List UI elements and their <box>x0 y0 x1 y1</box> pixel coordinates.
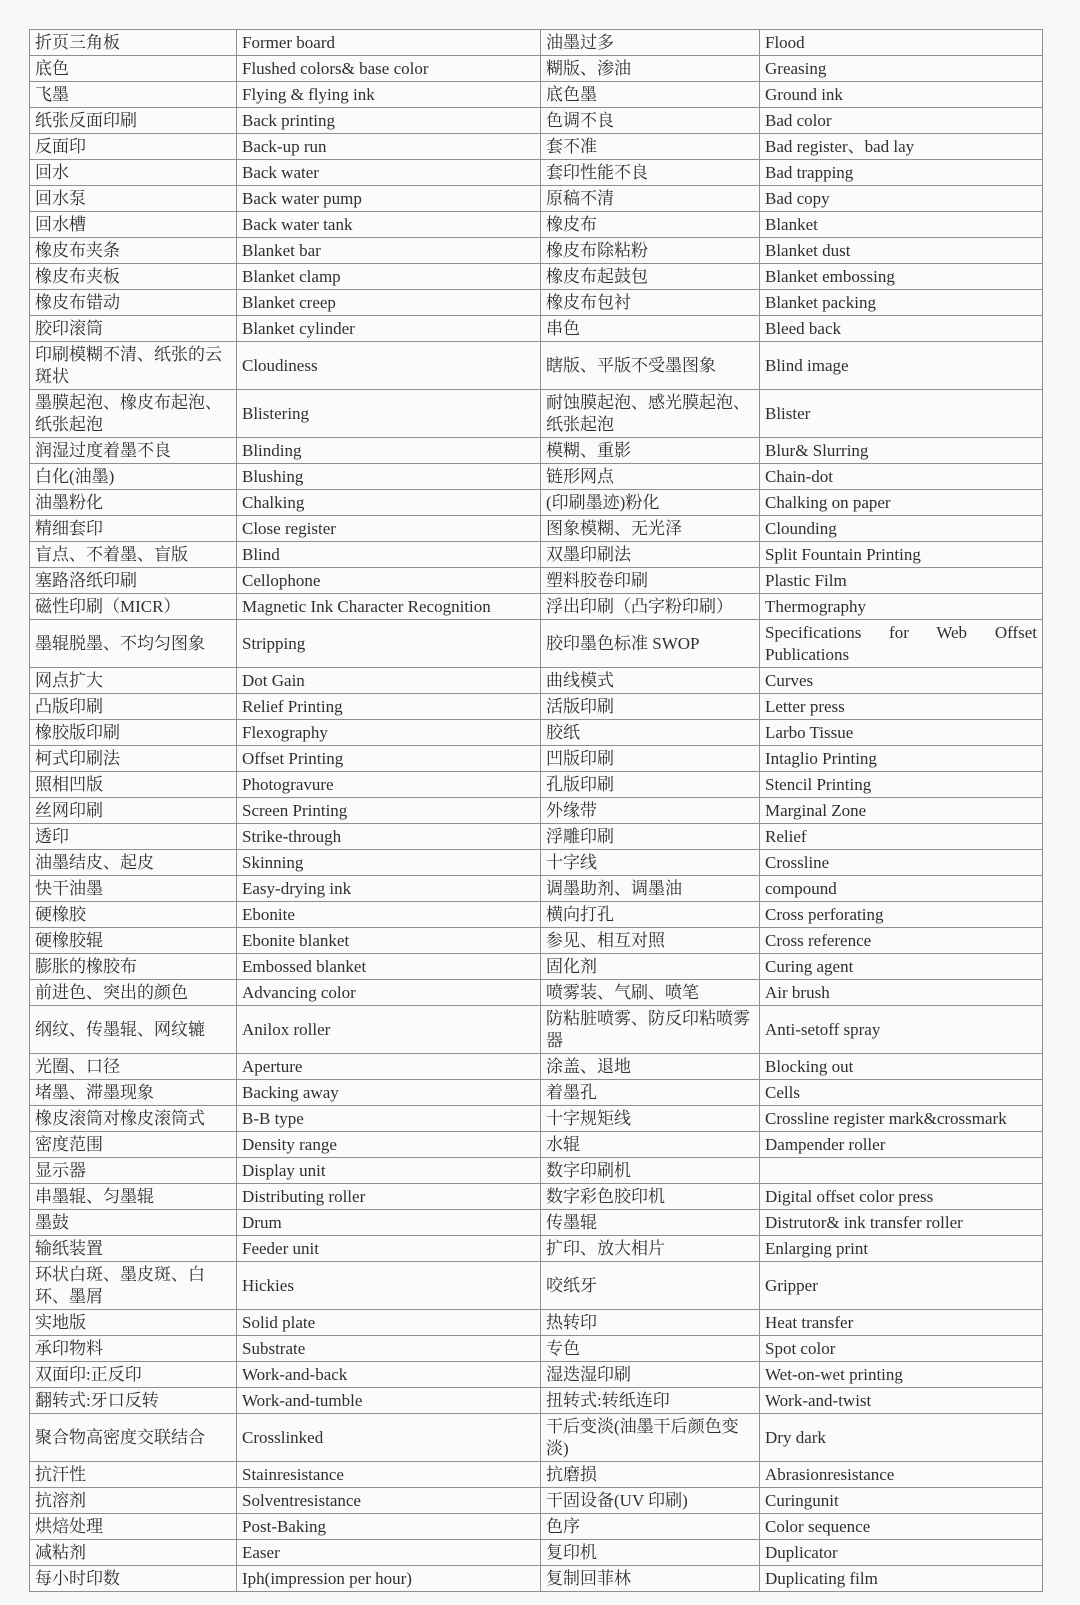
table-row: 环状白斑、墨皮斑、白环、墨屑Hickies咬纸牙Gripper <box>30 1262 1043 1310</box>
chinese-term-cell: 显示器 <box>30 1158 237 1184</box>
chinese-term-cell: 干固设备(UV 印刷) <box>541 1488 760 1514</box>
table-row: 输纸装置Feeder unit扩印、放大相片Enlarging print <box>30 1236 1043 1262</box>
chinese-term-cell: 网点扩大 <box>30 668 237 694</box>
glossary-table-body: 折页三角板Former board油墨过多Flood底色Flushed colo… <box>30 30 1043 1592</box>
english-term-cell: Duplicating film <box>760 1566 1043 1592</box>
table-row: 丝网印刷Screen Printing外缘带Marginal Zone <box>30 798 1043 824</box>
english-term-cell: Crosslinked <box>237 1414 541 1462</box>
english-term-cell: Work-and-back <box>237 1362 541 1388</box>
chinese-term-cell: 色序 <box>541 1514 760 1540</box>
chinese-term-cell: 润湿过度着墨不良 <box>30 438 237 464</box>
table-row: 透印Strike-through浮雕印刷Relief <box>30 824 1043 850</box>
table-row: 墨辊脱墨、不均匀图象Stripping胶印墨色标准 SWOPSpecificat… <box>30 620 1043 668</box>
english-term-cell: Intaglio Printing <box>760 746 1043 772</box>
chinese-term-cell: 橡皮滚筒对橡皮滚筒式 <box>30 1106 237 1132</box>
english-term-cell: Cloudiness <box>237 342 541 390</box>
table-row: 承印物料Substrate专色Spot color <box>30 1336 1043 1362</box>
english-term-cell: Bad trapping <box>760 160 1043 186</box>
table-row: 照相凹版Photogravure孔版印刷Stencil Printing <box>30 772 1043 798</box>
chinese-term-cell: 胶纸 <box>541 720 760 746</box>
chinese-term-cell: 防粘脏喷雾、防反印粘喷雾器 <box>541 1006 760 1054</box>
table-row: 胶印滚筒Blanket cylinder串色Bleed back <box>30 316 1043 342</box>
english-term-cell: Larbo Tissue <box>760 720 1043 746</box>
english-term-cell: Bad color <box>760 108 1043 134</box>
chinese-term-cell: 十字线 <box>541 850 760 876</box>
english-term-cell: Marginal Zone <box>760 798 1043 824</box>
english-term-cell: Bleed back <box>760 316 1043 342</box>
chinese-term-cell: 回水 <box>30 160 237 186</box>
english-term-cell: Back water pump <box>237 186 541 212</box>
chinese-term-cell: 抗磨损 <box>541 1462 760 1488</box>
english-term-cell: Cellophone <box>237 568 541 594</box>
chinese-term-cell: 复制回菲林 <box>541 1566 760 1592</box>
chinese-term-cell: 图象模糊、无光泽 <box>541 516 760 542</box>
chinese-term-cell: 咬纸牙 <box>541 1262 760 1310</box>
english-term-cell <box>760 1158 1043 1184</box>
english-term-cell: Back printing <box>237 108 541 134</box>
chinese-term-cell: 套印性能不良 <box>541 160 760 186</box>
english-term-cell: Blanket embossing <box>760 264 1043 290</box>
english-term-cell: Chalking <box>237 490 541 516</box>
chinese-term-cell: 墨鼓 <box>30 1210 237 1236</box>
chinese-term-cell: 硬橡胶辊 <box>30 928 237 954</box>
english-term-cell: Ebonite <box>237 902 541 928</box>
english-term-cell: Strike-through <box>237 824 541 850</box>
chinese-term-cell: 橡皮布包衬 <box>541 290 760 316</box>
chinese-term-cell: 印刷模糊不清、纸张的云斑状 <box>30 342 237 390</box>
table-row: 减粘剂Easer复印机Duplicator <box>30 1540 1043 1566</box>
table-row: 双面印:正反印Work-and-back湿迭湿印刷Wet-on-wet prin… <box>30 1362 1043 1388</box>
chinese-term-cell: 丝网印刷 <box>30 798 237 824</box>
chinese-term-cell: 涂盖、退地 <box>541 1054 760 1080</box>
table-row: 抗汗性Stainresistance抗磨损Abrasionresistance <box>30 1462 1043 1488</box>
english-term-cell: Skinning <box>237 850 541 876</box>
english-term-cell: Back-up run <box>237 134 541 160</box>
english-term-cell: Drum <box>237 1210 541 1236</box>
english-term-cell: Dry dark <box>760 1414 1043 1462</box>
chinese-term-cell: 纸张反面印刷 <box>30 108 237 134</box>
english-term-cell: Screen Printing <box>237 798 541 824</box>
chinese-term-cell: 曲线模式 <box>541 668 760 694</box>
english-term-cell: Advancing color <box>237 980 541 1006</box>
english-term-cell: Chain-dot <box>760 464 1043 490</box>
chinese-term-cell: 胶印墨色标准 SWOP <box>541 620 760 668</box>
chinese-term-cell: 喷雾装、气刷、喷笔 <box>541 980 760 1006</box>
english-term-cell: Easer <box>237 1540 541 1566</box>
table-row: 磁性印刷（MICR）Magnetic Ink Character Recogni… <box>30 594 1043 620</box>
chinese-term-cell: 聚合物高密度交联结合 <box>30 1414 237 1462</box>
table-row: 密度范围Density range水辊Dampender roller <box>30 1132 1043 1158</box>
chinese-term-cell: 环状白斑、墨皮斑、白环、墨屑 <box>30 1262 237 1310</box>
english-term-cell: Clounding <box>760 516 1043 542</box>
chinese-term-cell: 套不准 <box>541 134 760 160</box>
chinese-term-cell: (印刷墨迹)粉化 <box>541 490 760 516</box>
english-term-cell: Color sequence <box>760 1514 1043 1540</box>
english-term-cell: Flood <box>760 30 1043 56</box>
chinese-term-cell: 纲纹、传墨辊、网纹辘 <box>30 1006 237 1054</box>
english-term-cell: Thermography <box>760 594 1043 620</box>
table-row: 抗溶剂Solventresistance干固设备(UV 印刷)Curinguni… <box>30 1488 1043 1514</box>
english-term-cell: Abrasionresistance <box>760 1462 1043 1488</box>
english-term-cell: Distrutor& ink transfer roller <box>760 1210 1043 1236</box>
chinese-term-cell: 翻转式:牙口反转 <box>30 1388 237 1414</box>
english-term-cell: Blanket clamp <box>237 264 541 290</box>
chinese-term-cell: 扭转式:转纸连印 <box>541 1388 760 1414</box>
chinese-term-cell: 双墨印刷法 <box>541 542 760 568</box>
chinese-term-cell: 墨膜起泡、橡皮布起泡、纸张起泡 <box>30 390 237 438</box>
chinese-term-cell: 凹版印刷 <box>541 746 760 772</box>
english-term-cell: Hickies <box>237 1262 541 1310</box>
english-term-cell: Blister <box>760 390 1043 438</box>
english-term-cell: Relief Printing <box>237 694 541 720</box>
chinese-term-cell: 塑料胶卷印刷 <box>541 568 760 594</box>
english-term-cell: Greasing <box>760 56 1043 82</box>
chinese-term-cell: 烘焙处理 <box>30 1514 237 1540</box>
chinese-term-cell: 橡皮布 <box>541 212 760 238</box>
chinese-term-cell: 光圈、口径 <box>30 1054 237 1080</box>
english-term-cell: Bad register、bad lay <box>760 134 1043 160</box>
english-term-cell: Curves <box>760 668 1043 694</box>
table-row: 印刷模糊不清、纸张的云斑状Cloudiness瞎版、平版不受墨图象Blind i… <box>30 342 1043 390</box>
english-term-cell: Spot color <box>760 1336 1043 1362</box>
chinese-term-cell: 底色墨 <box>541 82 760 108</box>
english-term-cell: Flying & flying ink <box>237 82 541 108</box>
english-term-cell: Stencil Printing <box>760 772 1043 798</box>
table-row: 翻转式:牙口反转Work-and-tumble扭转式:转纸连印Work-and-… <box>30 1388 1043 1414</box>
chinese-term-cell: 模糊、重影 <box>541 438 760 464</box>
english-term-cell: Blushing <box>237 464 541 490</box>
english-term-cell: Blind <box>237 542 541 568</box>
english-term-cell: Blanket packing <box>760 290 1043 316</box>
chinese-term-cell: 减粘剂 <box>30 1540 237 1566</box>
english-term-cell: Back water tank <box>237 212 541 238</box>
table-row: 膨胀的橡胶布Embossed blanket固化剂Curing agent <box>30 954 1043 980</box>
english-term-cell: Display unit <box>237 1158 541 1184</box>
chinese-term-cell: 密度范围 <box>30 1132 237 1158</box>
english-term-cell: Photogravure <box>237 772 541 798</box>
english-term-cell: Easy-drying ink <box>237 876 541 902</box>
table-row: 盲点、不着墨、盲版Blind双墨印刷法Split Fountain Printi… <box>30 542 1043 568</box>
english-term-cell: Curingunit <box>760 1488 1043 1514</box>
chinese-term-cell: 橡皮布错动 <box>30 290 237 316</box>
table-row: 每小时印数Iph(impression per hour)复制回菲林Duplic… <box>30 1566 1043 1592</box>
chinese-term-cell: 硬橡胶 <box>30 902 237 928</box>
english-term-cell: Substrate <box>237 1336 541 1362</box>
table-row: 墨鼓Drum传墨辊Distrutor& ink transfer roller <box>30 1210 1043 1236</box>
chinese-term-cell: 油墨粉化 <box>30 490 237 516</box>
table-row: 纸张反面印刷Back printing色调不良Bad color <box>30 108 1043 134</box>
english-term-cell: Stripping <box>237 620 541 668</box>
table-row: 塞路洛纸印刷Cellophone塑料胶卷印刷Plastic Film <box>30 568 1043 594</box>
table-row: 墨膜起泡、橡皮布起泡、纸张起泡Blistering耐蚀膜起泡、感光膜起泡、纸张起… <box>30 390 1043 438</box>
chinese-term-cell: 着墨孔 <box>541 1080 760 1106</box>
chinese-term-cell: 十字规矩线 <box>541 1106 760 1132</box>
chinese-term-cell: 色调不良 <box>541 108 760 134</box>
table-row: 显示器Display unit数字印刷机 <box>30 1158 1043 1184</box>
table-row: 聚合物高密度交联结合Crosslinked干后变淡(油墨干后颜色变淡)Dry d… <box>30 1414 1043 1462</box>
chinese-term-cell: 抗汗性 <box>30 1462 237 1488</box>
table-row: 光圈、口径Aperture涂盖、退地Blocking out <box>30 1054 1043 1080</box>
chinese-term-cell: 承印物料 <box>30 1336 237 1362</box>
english-term-cell: Flushed colors& base color <box>237 56 541 82</box>
table-row: 烘焙处理Post-Baking色序Color sequence <box>30 1514 1043 1540</box>
chinese-term-cell: 油墨过多 <box>541 30 760 56</box>
glossary-table: 折页三角板Former board油墨过多Flood底色Flushed colo… <box>29 29 1043 1592</box>
english-term-cell: Chalking on paper <box>760 490 1043 516</box>
chinese-term-cell: 透印 <box>30 824 237 850</box>
chinese-term-cell: 每小时印数 <box>30 1566 237 1592</box>
english-term-cell: Cross reference <box>760 928 1043 954</box>
english-term-cell: Letter press <box>760 694 1043 720</box>
table-row: 橡皮布夹条Blanket bar橡皮布除粘粉Blanket dust <box>30 238 1043 264</box>
chinese-term-cell: 橡皮布夹板 <box>30 264 237 290</box>
english-term-cell: Anilox roller <box>237 1006 541 1054</box>
chinese-term-cell: 瞎版、平版不受墨图象 <box>541 342 760 390</box>
english-term-cell: Distributing roller <box>237 1184 541 1210</box>
english-term-cell: Plastic Film <box>760 568 1043 594</box>
chinese-term-cell: 浮出印刷（凸字粉印刷） <box>541 594 760 620</box>
chinese-term-cell: 数字彩色胶印机 <box>541 1184 760 1210</box>
chinese-term-cell: 盲点、不着墨、盲版 <box>30 542 237 568</box>
table-row: 硬橡胶辊Ebonite blanket参见、相互对照Cross referenc… <box>30 928 1043 954</box>
table-row: 纲纹、传墨辊、网纹辘Anilox roller防粘脏喷雾、防反印粘喷雾器Anti… <box>30 1006 1043 1054</box>
english-term-cell: Magnetic Ink Character Recognition <box>237 594 541 620</box>
chinese-term-cell: 磁性印刷（MICR） <box>30 594 237 620</box>
chinese-term-cell: 外缘带 <box>541 798 760 824</box>
english-term-cell: Gripper <box>760 1262 1043 1310</box>
chinese-term-cell: 横向打孔 <box>541 902 760 928</box>
english-term-cell: Back water <box>237 160 541 186</box>
chinese-term-cell: 橡胶版印刷 <box>30 720 237 746</box>
chinese-term-cell: 飞墨 <box>30 82 237 108</box>
english-term-cell: compound <box>760 876 1043 902</box>
chinese-term-cell: 精细套印 <box>30 516 237 542</box>
chinese-term-cell: 浮雕印刷 <box>541 824 760 850</box>
table-row: 底色Flushed colors& base color糊版、渗油Greasin… <box>30 56 1043 82</box>
english-term-cell: B-B type <box>237 1106 541 1132</box>
english-term-cell: Work-and-twist <box>760 1388 1043 1414</box>
table-row: 回水泵Back water pump原稿不清Bad copy <box>30 186 1043 212</box>
table-row: 回水槽Back water tank橡皮布Blanket <box>30 212 1043 238</box>
english-term-cell: Aperture <box>237 1054 541 1080</box>
chinese-term-cell: 抗溶剂 <box>30 1488 237 1514</box>
english-term-cell: Close register <box>237 516 541 542</box>
english-term-cell: Blanket <box>760 212 1043 238</box>
english-term-cell: Blistering <box>237 390 541 438</box>
table-row: 橡皮布夹板Blanket clamp橡皮布起鼓包Blanket embossin… <box>30 264 1043 290</box>
table-row: 快干油墨Easy-drying ink调墨助剂、调墨油compound <box>30 876 1043 902</box>
english-term-cell: Wet-on-wet printing <box>760 1362 1043 1388</box>
english-term-cell: Post-Baking <box>237 1514 541 1540</box>
chinese-term-cell: 热转印 <box>541 1310 760 1336</box>
english-term-cell: Stainresistance <box>237 1462 541 1488</box>
table-row: 实地版Solid plate热转印Heat transfer <box>30 1310 1043 1336</box>
english-term-cell: Solventresistance <box>237 1488 541 1514</box>
chinese-term-cell: 胶印滚筒 <box>30 316 237 342</box>
chinese-term-cell: 调墨助剂、调墨油 <box>541 876 760 902</box>
english-term-cell: Air brush <box>760 980 1043 1006</box>
english-term-cell: Digital offset color press <box>760 1184 1043 1210</box>
english-term-cell: Anti-setoff spray <box>760 1006 1043 1054</box>
table-row: 橡皮滚筒对橡皮滚筒式B-B type十字规矩线Crossline registe… <box>30 1106 1043 1132</box>
table-row: 橡胶版印刷Flexography胶纸Larbo Tissue <box>30 720 1043 746</box>
chinese-term-cell: 凸版印刷 <box>30 694 237 720</box>
english-term-cell: Dampender roller <box>760 1132 1043 1158</box>
chinese-term-cell: 底色 <box>30 56 237 82</box>
table-row: 回水Back water套印性能不良Bad trapping <box>30 160 1043 186</box>
english-term-cell: Embossed blanket <box>237 954 541 980</box>
chinese-term-cell: 水辊 <box>541 1132 760 1158</box>
english-term-cell: Solid plate <box>237 1310 541 1336</box>
chinese-term-cell: 橡皮布除粘粉 <box>541 238 760 264</box>
english-term-cell: Offset Printing <box>237 746 541 772</box>
chinese-term-cell: 塞路洛纸印刷 <box>30 568 237 594</box>
english-term-cell: Ebonite blanket <box>237 928 541 954</box>
chinese-term-cell: 反面印 <box>30 134 237 160</box>
chinese-term-cell: 柯式印刷法 <box>30 746 237 772</box>
english-term-cell: Blinding <box>237 438 541 464</box>
chinese-term-cell: 橡皮布夹条 <box>30 238 237 264</box>
chinese-term-cell: 原稿不清 <box>541 186 760 212</box>
english-term-cell: Blanket dust <box>760 238 1043 264</box>
chinese-term-cell: 参见、相互对照 <box>541 928 760 954</box>
table-row: 白化(油墨)Blushing链形网点Chain-dot <box>30 464 1043 490</box>
english-term-cell: Crossline register mark&crossmark <box>760 1106 1043 1132</box>
chinese-term-cell: 专色 <box>541 1336 760 1362</box>
table-row: 堵墨、滞墨现象Backing away着墨孔Cells <box>30 1080 1043 1106</box>
table-row: 润湿过度着墨不良Blinding模糊、重影Blur& Slurring <box>30 438 1043 464</box>
chinese-term-cell: 串色 <box>541 316 760 342</box>
chinese-term-cell: 双面印:正反印 <box>30 1362 237 1388</box>
table-row: 串墨辊、匀墨辊Distributing roller数字彩色胶印机Digital… <box>30 1184 1043 1210</box>
chinese-term-cell: 链形网点 <box>541 464 760 490</box>
chinese-term-cell: 折页三角板 <box>30 30 237 56</box>
chinese-term-cell: 活版印刷 <box>541 694 760 720</box>
chinese-term-cell: 堵墨、滞墨现象 <box>30 1080 237 1106</box>
chinese-term-cell: 固化剂 <box>541 954 760 980</box>
english-term-cell: Former board <box>237 30 541 56</box>
table-row: 前进色、突出的颜色Advancing color喷雾装、气刷、喷笔Air bru… <box>30 980 1043 1006</box>
chinese-term-cell: 串墨辊、匀墨辊 <box>30 1184 237 1210</box>
table-row: 反面印Back-up run套不准Bad register、bad lay <box>30 134 1043 160</box>
english-term-cell: Blanket bar <box>237 238 541 264</box>
table-row: 飞墨Flying & flying ink底色墨Ground ink <box>30 82 1043 108</box>
chinese-term-cell: 糊版、渗油 <box>541 56 760 82</box>
chinese-term-cell: 回水泵 <box>30 186 237 212</box>
english-term-cell: Blanket creep <box>237 290 541 316</box>
english-term-cell: Blanket cylinder <box>237 316 541 342</box>
chinese-term-cell: 快干油墨 <box>30 876 237 902</box>
english-term-cell: Blocking out <box>760 1054 1043 1080</box>
chinese-term-cell: 扩印、放大相片 <box>541 1236 760 1262</box>
table-row: 油墨结皮、起皮Skinning十字线Crossline <box>30 850 1043 876</box>
chinese-term-cell: 数字印刷机 <box>541 1158 760 1184</box>
chinese-term-cell: 传墨辊 <box>541 1210 760 1236</box>
chinese-term-cell: 孔版印刷 <box>541 772 760 798</box>
english-term-cell: Density range <box>237 1132 541 1158</box>
table-row: 折页三角板Former board油墨过多Flood <box>30 30 1043 56</box>
table-row: 硬橡胶Ebonite横向打孔Cross perforating <box>30 902 1043 928</box>
english-term-cell: Relief <box>760 824 1043 850</box>
english-term-cell: Work-and-tumble <box>237 1388 541 1414</box>
chinese-term-cell: 照相凹版 <box>30 772 237 798</box>
chinese-term-cell: 油墨结皮、起皮 <box>30 850 237 876</box>
chinese-term-cell: 白化(油墨) <box>30 464 237 490</box>
english-term-cell: Blind image <box>760 342 1043 390</box>
english-term-cell: Crossline <box>760 850 1043 876</box>
chinese-term-cell: 回水槽 <box>30 212 237 238</box>
english-term-cell: Split Fountain Printing <box>760 542 1043 568</box>
english-term-cell: Backing away <box>237 1080 541 1106</box>
english-term-cell: Cross perforating <box>760 902 1043 928</box>
table-row: 精细套印Close register图象模糊、无光泽Clounding <box>30 516 1043 542</box>
chinese-term-cell: 耐蚀膜起泡、感光膜起泡、纸张起泡 <box>541 390 760 438</box>
table-row: 网点扩大Dot Gain曲线模式Curves <box>30 668 1043 694</box>
chinese-term-cell: 输纸装置 <box>30 1236 237 1262</box>
chinese-term-cell: 墨辊脱墨、不均匀图象 <box>30 620 237 668</box>
chinese-term-cell: 前进色、突出的颜色 <box>30 980 237 1006</box>
english-term-cell: Duplicator <box>760 1540 1043 1566</box>
table-row: 橡皮布错动Blanket creep橡皮布包衬Blanket packing <box>30 290 1043 316</box>
chinese-term-cell: 干后变淡(油墨干后颜色变淡) <box>541 1414 760 1462</box>
chinese-term-cell: 湿迭湿印刷 <box>541 1362 760 1388</box>
english-term-cell: Curing agent <box>760 954 1043 980</box>
english-term-cell: Flexography <box>237 720 541 746</box>
english-term-cell: Enlarging print <box>760 1236 1043 1262</box>
english-term-cell: Dot Gain <box>237 668 541 694</box>
english-term-cell: Specifications for Web Offset Publicatio… <box>760 620 1043 668</box>
english-term-cell: Feeder unit <box>237 1236 541 1262</box>
english-term-cell: Blur& Slurring <box>760 438 1043 464</box>
english-term-cell: Iph(impression per hour) <box>237 1566 541 1592</box>
english-term-cell: Bad copy <box>760 186 1043 212</box>
english-term-cell: Ground ink <box>760 82 1043 108</box>
table-row: 凸版印刷Relief Printing活版印刷Letter press <box>30 694 1043 720</box>
chinese-term-cell: 橡皮布起鼓包 <box>541 264 760 290</box>
table-row: 油墨粉化Chalking(印刷墨迹)粉化Chalking on paper <box>30 490 1043 516</box>
chinese-term-cell: 实地版 <box>30 1310 237 1336</box>
table-row: 柯式印刷法Offset Printing凹版印刷Intaglio Printin… <box>30 746 1043 772</box>
english-term-cell: Cells <box>760 1080 1043 1106</box>
chinese-term-cell: 复印机 <box>541 1540 760 1566</box>
document-page: 折页三角板Former board油墨过多Flood底色Flushed colo… <box>0 0 1080 1605</box>
chinese-term-cell: 膨胀的橡胶布 <box>30 954 237 980</box>
english-term-cell: Heat transfer <box>760 1310 1043 1336</box>
